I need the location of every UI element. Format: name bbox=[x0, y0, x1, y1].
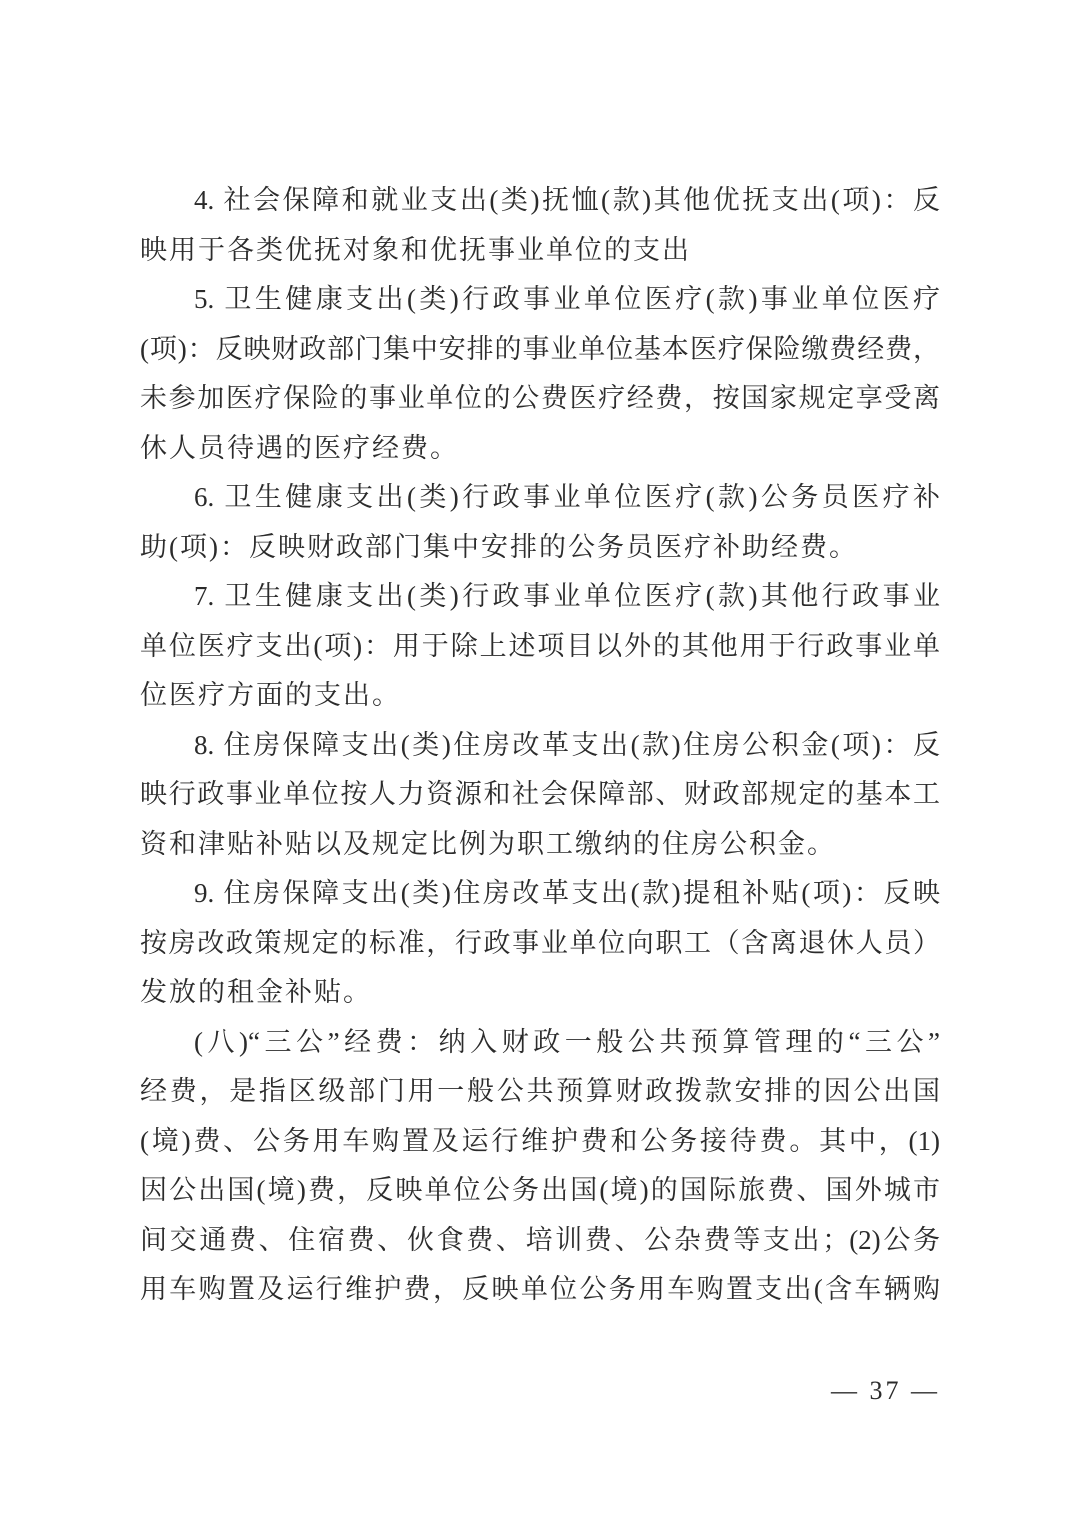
page-number: — 37 — bbox=[831, 1376, 940, 1406]
text-line: 休人员待遇的医疗经费。 bbox=[140, 424, 940, 474]
text-line: 映行政事业单位按人力资源和社会保障部、财政部规定的基本工 bbox=[140, 770, 940, 820]
paragraph-4-social-security: 4. 社会保障和就业支出(类)抚恤(款)其他优抚支出(项)：反 映用于各类优抚对… bbox=[140, 176, 940, 275]
text-line: 未参加医疗保险的事业单位的公费医疗经费，按国家规定享受离 bbox=[140, 374, 940, 424]
paragraph-5-health-institution-medical: 5. 卫生健康支出(类)行政事业单位医疗(款)事业单位医疗 (项)：反映财政部门… bbox=[140, 275, 940, 473]
text-line: (项)：反映财政部门集中安排的事业单位基本医疗保险缴费经费， bbox=[140, 325, 940, 375]
paragraph-7-other-admin-medical: 7. 卫生健康支出(类)行政事业单位医疗(款)其他行政事业 单位医疗支出(项)：… bbox=[140, 572, 940, 721]
text-line: 经费，是指区级部门用一般公共预算财政拨款安排的因公出国 bbox=[140, 1067, 940, 1117]
paragraph-6-civil-servant-medical-subsidy: 6. 卫生健康支出(类)行政事业单位医疗(款)公务员医疗补 助(项)：反映财政部… bbox=[140, 473, 940, 572]
text-line: 7. 卫生健康支出(类)行政事业单位医疗(款)其他行政事业 bbox=[140, 572, 940, 622]
paragraph-8-sangong-expenses: (八)“三公”经费：纳入财政一般公共预算管理的“三公” 经费，是指区级部门用一般… bbox=[140, 1018, 940, 1315]
text-line: 4. 社会保障和就业支出(类)抚恤(款)其他优抚支出(项)：反 bbox=[140, 176, 940, 226]
paragraph-8-housing-fund: 8. 住房保障支出(类)住房改革支出(款)住房公积金(项)：反 映行政事业单位按… bbox=[140, 721, 940, 870]
text-line: 按房改政策规定的标准，行政事业单位向职工（含离退休人员） bbox=[140, 919, 940, 969]
paragraph-9-rent-subsidy: 9. 住房保障支出(类)住房改革支出(款)提租补贴(项)：反映 按房改政策规定的… bbox=[140, 869, 940, 1018]
text-line: 用车购置及运行维护费，反映单位公务用车购置支出(含车辆购 bbox=[140, 1265, 940, 1315]
document-body: 4. 社会保障和就业支出(类)抚恤(款)其他优抚支出(项)：反 映用于各类优抚对… bbox=[140, 176, 940, 1315]
text-line: (境)费、公务用车购置及运行维护费和公务接待费。其中，(1) bbox=[140, 1117, 940, 1167]
text-line: (八)“三公”经费：纳入财政一般公共预算管理的“三公” bbox=[140, 1018, 940, 1068]
text-line: 因公出国(境)费，反映单位公务出国(境)的国际旅费、国外城市 bbox=[140, 1166, 940, 1216]
text-line: 映用于各类优抚对象和优抚事业单位的支出 bbox=[140, 226, 940, 276]
text-line: 8. 住房保障支出(类)住房改革支出(款)住房公积金(项)：反 bbox=[140, 721, 940, 771]
text-line: 资和津贴补贴以及规定比例为职工缴纳的住房公积金。 bbox=[140, 820, 940, 870]
text-line: 助(项)：反映财政部门集中安排的公务员医疗补助经费。 bbox=[140, 523, 940, 573]
text-line: 6. 卫生健康支出(类)行政事业单位医疗(款)公务员医疗补 bbox=[140, 473, 940, 523]
text-line: 发放的租金补贴。 bbox=[140, 968, 940, 1018]
text-line: 9. 住房保障支出(类)住房改革支出(款)提租补贴(项)：反映 bbox=[140, 869, 940, 919]
text-line: 单位医疗支出(项)：用于除上述项目以外的其他用于行政事业单 bbox=[140, 622, 940, 672]
text-line: 间交通费、住宿费、伙食费、培训费、公杂费等支出；(2)公务 bbox=[140, 1216, 940, 1266]
document-page: 4. 社会保障和就业支出(类)抚恤(款)其他优抚支出(项)：反 映用于各类优抚对… bbox=[0, 0, 1074, 1520]
text-line: 位医疗方面的支出。 bbox=[140, 671, 940, 721]
text-line: 5. 卫生健康支出(类)行政事业单位医疗(款)事业单位医疗 bbox=[140, 275, 940, 325]
